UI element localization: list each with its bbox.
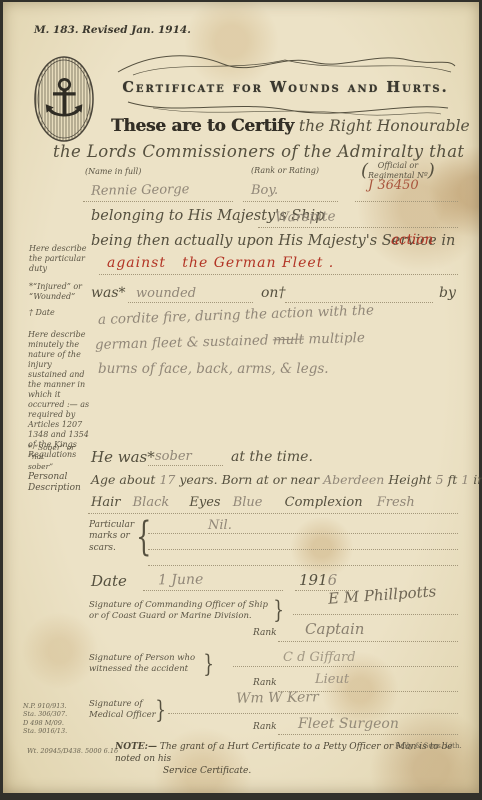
entry-born: Aberdeen: [323, 472, 384, 487]
margin-injured-line2: “Wounded”: [29, 292, 89, 302]
at-the-time-label: at the time.: [231, 449, 313, 465]
print-code: Wt. 20945/D438. 5000 6.16: [27, 747, 118, 755]
margin-note-duty: Here describe the particular duty: [29, 244, 87, 274]
entry-feet: 5: [436, 472, 444, 487]
entry-ship: Warspite: [275, 208, 336, 225]
injury-line-2: german fleet & sustained mult multiple: [95, 330, 365, 353]
dotted-rule: [258, 227, 458, 228]
svg-text:⚓: ⚓: [41, 69, 88, 129]
dotted-rule: [148, 565, 458, 566]
entry-age: 17: [159, 472, 175, 487]
margin-note-injured: *“Injured” or “Wounded”: [29, 282, 89, 302]
official-no-lines: Official or Regimental Nº: [368, 161, 428, 179]
injury-line-3: burns of face, back, arms, & legs.: [98, 361, 329, 377]
medical-signature: Wm W Kerr: [236, 689, 319, 706]
by-label: by: [439, 285, 456, 301]
injury-line-2a: german fleet & sustained: [95, 332, 269, 353]
right-honourable: the Right Honourable: [299, 117, 470, 135]
witness-rank-label: Rank: [253, 678, 277, 688]
co-label-line1: Signature of Commanding Officer of Ship: [89, 600, 279, 611]
commissioners-line: the Lords Commissioners of the Admiralty…: [53, 142, 458, 161]
margin-sober-line1: * “Sober” or “not: [28, 443, 90, 462]
paren-close: ): [428, 160, 435, 181]
entry-year-digit: 6: [328, 571, 338, 589]
was-label: was*: [91, 285, 126, 301]
entry-wounded: wounded: [136, 286, 196, 301]
on-label: on†: [261, 285, 285, 301]
label-name-in-full: (Name in full): [85, 167, 141, 176]
dotted-rule: [293, 614, 458, 615]
margin-personal-line1: Personal: [28, 472, 90, 483]
co-label-line2: or of Coast Guard or Marine Division.: [89, 611, 279, 622]
certificate-title: Certificate for Wounds and Hurts.: [113, 79, 458, 96]
witness-label-line2: witnessed the accident: [89, 664, 219, 675]
complexion-label: Complexion: [285, 495, 363, 510]
entry-date: 1 June: [158, 572, 204, 589]
margin-note-sober: * “Sober” or “not sober”: [28, 443, 90, 471]
dotted-rule: [148, 465, 223, 466]
marks-label: Particular marks or scars.: [89, 520, 134, 554]
dotted-rule: [233, 666, 458, 667]
paren-open: (: [361, 160, 368, 181]
printer-imprint: Raily & Sons. Lith.: [395, 742, 462, 751]
ref-line: Sta. 9016/13.: [23, 727, 67, 735]
entry-name: Rennie George: [91, 182, 190, 199]
margin-sober-line2: sober”: [28, 462, 90, 471]
marks-label-line3: scars.: [89, 543, 134, 554]
hair-label: Hair: [91, 495, 120, 510]
dotted-rule: [278, 734, 458, 735]
entry-sober: sober: [155, 449, 192, 464]
co-brace: }: [273, 596, 284, 624]
certify-line: These are to Certify the Right Honourabl…: [111, 116, 470, 136]
official-no-line1: Official or: [368, 161, 428, 170]
witness-signature: C d Giffard: [283, 650, 356, 665]
entry-official-no: J 36450: [368, 178, 419, 193]
injury-strike-word: mult: [273, 332, 305, 349]
fouled-anchor-icon: ⚓: [32, 54, 96, 144]
margin-note-minutely: Here describe minutely the nature of the…: [28, 330, 90, 460]
dotted-rule: [168, 713, 458, 714]
calligraphic-flourish-top: [113, 50, 458, 78]
margin-note-date: † Date: [29, 308, 55, 318]
co-signature-label: Signature of Commanding Officer of Ship …: [89, 600, 279, 621]
age-line: Age about 17 years. Born at or near Aber…: [91, 472, 482, 487]
dotted-rule: [355, 201, 458, 202]
entry-marks: Nil.: [208, 518, 232, 533]
witness-label-line1: Signature of Person who: [89, 653, 219, 664]
dotted-rule: [128, 302, 253, 303]
entry-rating: Boy.: [251, 183, 278, 198]
note-text-line2: Service Certificate.: [163, 765, 455, 777]
ref-line: D 498 M/09.: [23, 719, 67, 727]
year-line: 1916: [299, 571, 337, 589]
marks-label-line1: Particular: [89, 520, 134, 531]
dotted-rule: [83, 201, 233, 202]
margin-personal-line2: Description: [28, 483, 90, 494]
dotted-rule: [243, 201, 338, 202]
medical-rank-label: Rank: [253, 722, 277, 732]
witness-signature-label: Signature of Person who witnessed the ac…: [89, 653, 219, 674]
entry-inches: 1: [461, 472, 469, 487]
scanned-document-photo: { "header": { "form_no": "M. 183. Revise…: [0, 0, 482, 800]
entry-eyes: Blue: [233, 495, 263, 510]
marks-brace: {: [136, 514, 151, 560]
dotted-rule: [148, 533, 458, 534]
these-are-to-certify: These are to Certify: [111, 116, 294, 136]
date-label: Date: [91, 572, 127, 590]
co-signature: E M Phillpotts: [328, 582, 437, 608]
year-printed: 191: [299, 571, 328, 589]
ref-line: N.P. 910/913.: [23, 702, 67, 710]
age-prefix-label: Age about: [91, 472, 155, 487]
co-rank-label: Rank: [253, 628, 277, 638]
form-number: M. 183. Revised Jan. 1914.: [34, 24, 191, 36]
dotted-rule: [143, 590, 283, 591]
height-label: Height: [388, 472, 431, 487]
dotted-rule: [148, 549, 458, 550]
certificate-paper: M. 183. Revised Jan. 1914. ⚓ Certificate…: [3, 2, 479, 793]
hair-eyes-line: Hair Black Eyes Blue Complexion Fresh: [91, 495, 415, 510]
entry-complexion: Fresh: [377, 495, 415, 510]
dotted-rule: [278, 641, 458, 642]
ref-line: Sta. 306/307.: [23, 710, 67, 718]
he-was-label: He was*: [91, 448, 155, 466]
born-label: years. Born at or near: [179, 472, 319, 487]
margin-injured-line1: *“Injured” or: [29, 282, 89, 292]
entry-hair: Black: [133, 495, 170, 510]
admiralty-anchor-emblem: ⚓: [32, 54, 96, 144]
eyes-label: Eyes: [189, 495, 220, 510]
medical-brace: }: [155, 696, 166, 724]
medical-rank-value: Fleet Surgeon: [298, 716, 399, 732]
injury-line-1: a cordite fire, during the action with t…: [98, 302, 375, 328]
label-rank-or-rating: (Rank or Rating): [251, 166, 319, 175]
witness-brace: }: [203, 650, 214, 678]
calligraphic-flourish-bottom: [123, 96, 453, 118]
margin-note-personal: Personal Description: [28, 472, 90, 495]
entry-service-red2: against the German Fleet .: [107, 255, 334, 271]
co-rank-value: Captain: [305, 620, 364, 638]
ft-label: ft: [448, 472, 458, 487]
reference-codes: N.P. 910/913. Sta. 306/307. D 498 M/09. …: [23, 702, 67, 736]
injury-line-2b: multiple: [308, 330, 365, 347]
entry-service-red1: action: [391, 232, 433, 248]
ins-label: ins: [473, 472, 482, 487]
note-label: NOTE:—: [115, 742, 157, 752]
witness-rank-value: Lieut: [315, 672, 349, 687]
dotted-rule: [99, 274, 458, 275]
marks-label-line2: marks or: [89, 531, 134, 542]
